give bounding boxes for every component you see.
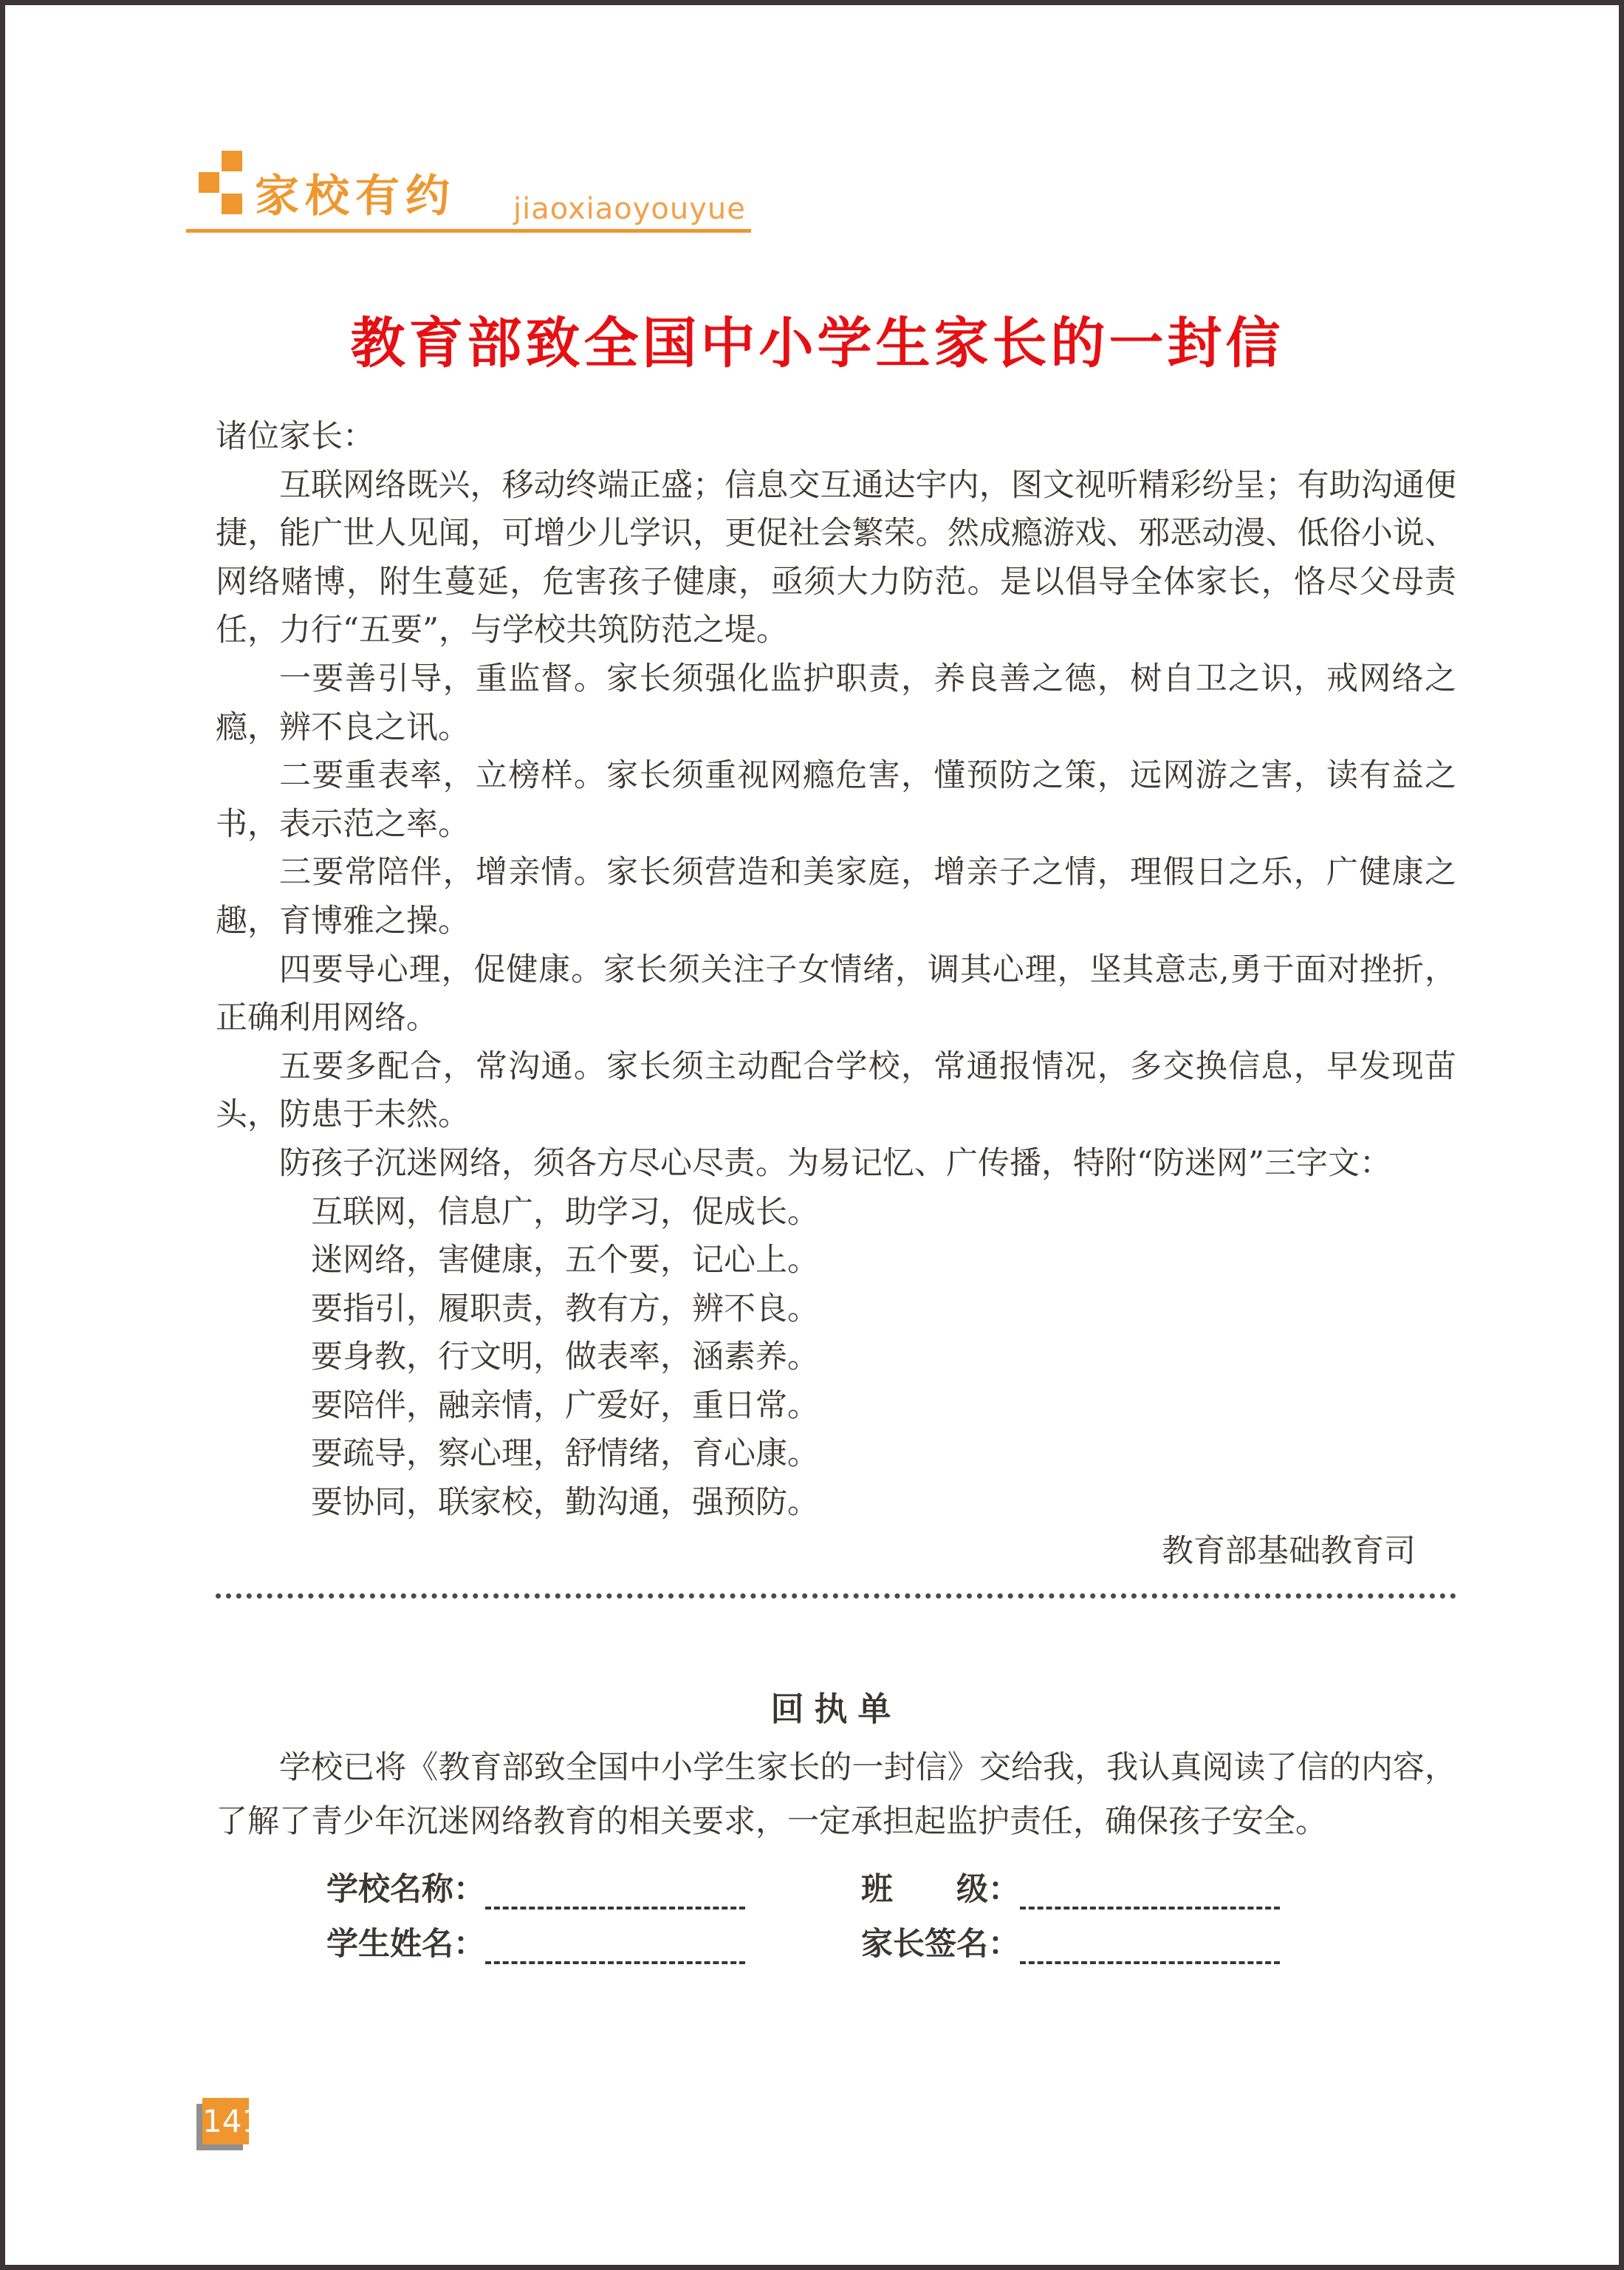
verse-line: 互联网，信息广，助学习，促成长。 (216, 1189, 1456, 1237)
page-number-badge: 141 (202, 2098, 249, 2144)
verse-line: 迷网络，害健康，五个要，记心上。 (216, 1237, 1456, 1285)
class-field: 班 级： (861, 1864, 1280, 1910)
verse-line: 要陪伴，融亲情，广爱好，重日常。 (216, 1382, 1456, 1431)
header-underline (186, 229, 751, 233)
class-blank (1020, 1874, 1280, 1910)
letter-paragraph: 一要善引导，重监督。家长须强化监护职责，养良善之德，树自卫之识，戒网络之瘾，辨不… (216, 655, 1456, 752)
receipt-title: 回执单 (216, 1683, 1456, 1735)
student-name-field: 学生姓名： (326, 1919, 861, 1964)
section-title: 家校有约 (255, 169, 456, 224)
letter-paragraph: 互联网络既兴，移动终端正盛；信息交互通达宇内，图文视听精彩纷呈；有助沟通便捷，能… (216, 462, 1456, 655)
student-name-blank (485, 1929, 745, 1964)
verse-line: 要指引，履职责，教有方，辨不良。 (216, 1285, 1456, 1334)
verse-line: 要协同，联家校，勤沟通，强预防。 (216, 1479, 1456, 1528)
student-name-label: 学生姓名： (326, 1919, 485, 1964)
letter-signature: 教育部基础教育司 (216, 1528, 1456, 1576)
letter-body: 诸位家长： 互联网络既兴，移动终端正盛；信息交互通达宇内，图文视听精彩纷呈；有助… (216, 413, 1456, 1576)
school-name-field: 学校名称： (326, 1864, 861, 1910)
letter-paragraph: 四要导心理，促健康。家长须关注子女情绪，调其心理，坚其意志,勇于面对挫折，正确利… (216, 946, 1456, 1043)
page-header: 家校有约 jiaoxiaoyouyue (5, 5, 1619, 242)
form-row: 学生姓名： 家长签名： (326, 1920, 1456, 1964)
document-page: 家校有约 jiaoxiaoyouyue 教育部致全国中小学生家长的一封信 诸位家… (0, 0, 1624, 2270)
parent-signature-blank (1020, 1929, 1280, 1964)
letter-title: 教育部致全国中小学生家长的一封信 (5, 310, 1624, 377)
section-title-pinyin: jiaoxiaoyouyue (513, 191, 746, 227)
receipt-form: 学校名称： 班 级： 学生姓名： 家长签名： (216, 1865, 1456, 1964)
parent-signature-label: 家长签名： (861, 1919, 1020, 1964)
logo-square (199, 172, 219, 193)
school-name-label: 学校名称： (326, 1864, 485, 1910)
squares-logo-icon (199, 151, 243, 214)
logo-square (222, 194, 242, 214)
letter-paragraph: 防孩子沉迷网络，须各方尽心尽责。为易记忆、广传播，特附“防迷网”三字文： (216, 1140, 1456, 1189)
letter-paragraph: 五要多配合，常沟通。家长须主动配合学校，常通报情况，多交换信息，早发现苗头，防患… (216, 1043, 1456, 1140)
logo-square (222, 151, 242, 171)
parent-signature-field: 家长签名： (861, 1919, 1280, 1964)
verse-line: 要疏导，察心理，舒情绪，育心康。 (216, 1430, 1456, 1479)
form-row: 学校名称： 班 级： (326, 1865, 1456, 1910)
dotted-separator (216, 1593, 1456, 1599)
school-name-blank (485, 1874, 745, 1910)
verse-line: 要身教，行文明，做表率，涵素养。 (216, 1333, 1456, 1382)
receipt-section: 回执单 学校已将《教育部致全国中小学生家长的一封信》交给我，我认真阅读了信的内容… (216, 1683, 1456, 1964)
letter-paragraph: 二要重表率，立榜样。家长须重视网瘾危害，懂预防之策，远网游之害，读有益之书，表示… (216, 752, 1456, 849)
letter-greeting: 诸位家长： (216, 413, 1456, 462)
letter-paragraph: 三要常陪伴，增亲情。家长须营造和美家庭，增亲子之情，理假日之乐，广健康之趣，育博… (216, 849, 1456, 946)
class-label: 班 级： (861, 1864, 1020, 1910)
receipt-body: 学校已将《教育部致全国中小学生家长的一封信》交给我，我认真阅读了信的内容，了解了… (216, 1741, 1456, 1849)
